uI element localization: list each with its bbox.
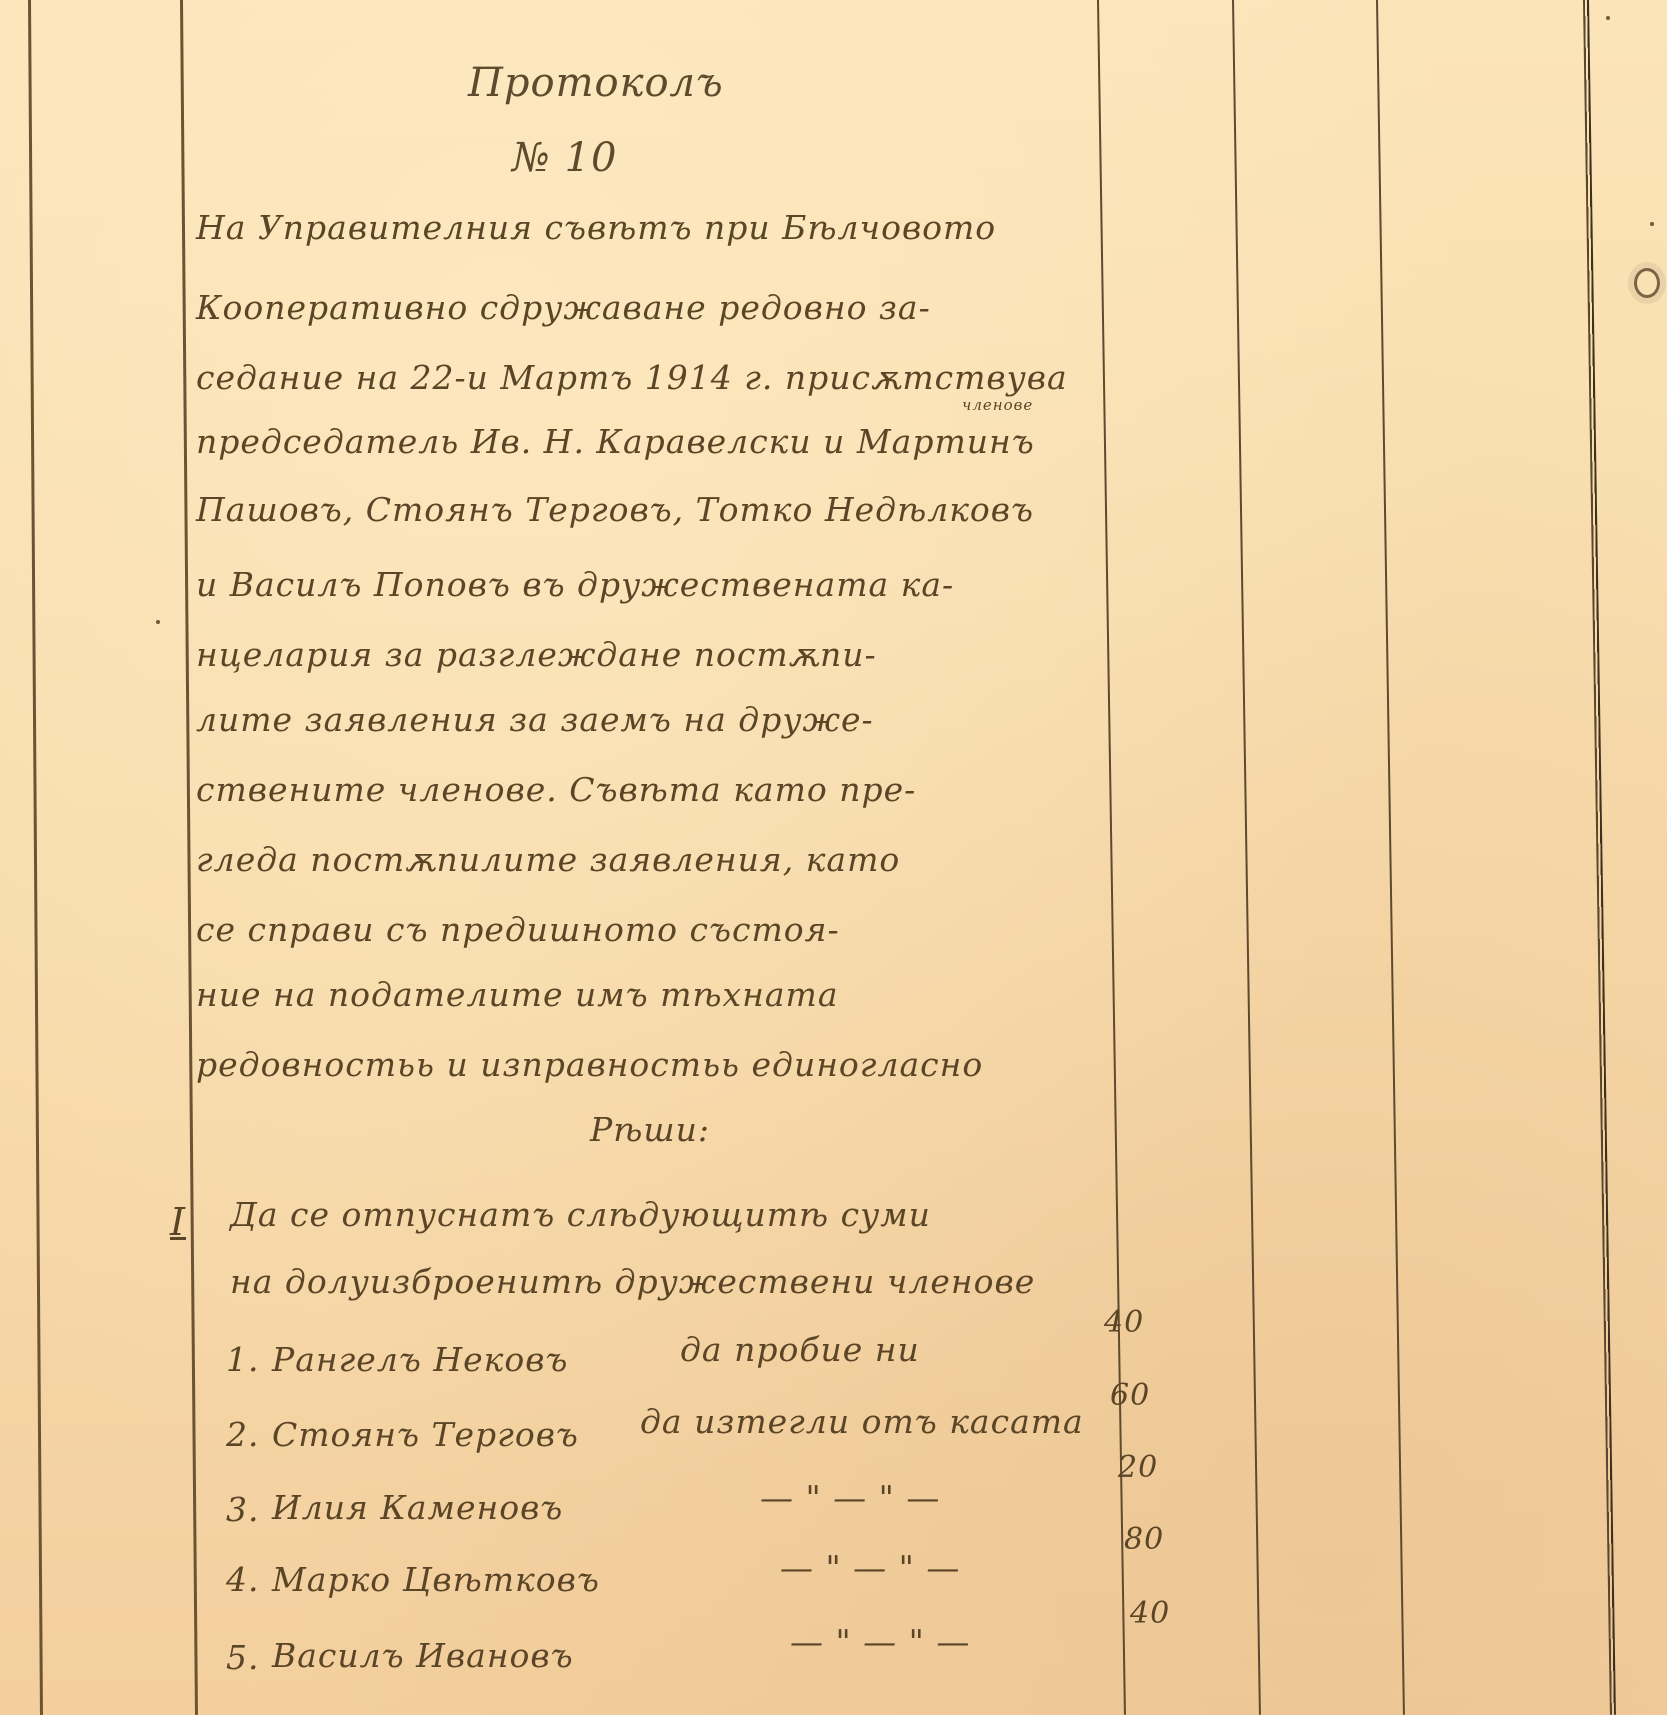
binding-hole-icon — [1634, 268, 1660, 298]
item-amount: 60 — [1110, 1378, 1150, 1413]
item-name: Василъ Ивановъ — [272, 1636, 574, 1675]
paper-speck — [1606, 16, 1610, 20]
body-line: гледа постѫпилите заявления, като — [196, 840, 900, 879]
body-line: ние на подателите имъ тѣхната — [196, 975, 839, 1014]
body-line: и Василъ Поповъ въ дружествената ка- — [196, 565, 954, 604]
resolution-line: на долуизброенитѣ дружествени членове — [230, 1262, 1035, 1301]
body-line: седание на 22-и Мартъ 1914 г. присѫтству… — [196, 358, 1068, 397]
body-line: редовностьь и изправностьь единогласно — [196, 1045, 983, 1084]
paper-speck — [1650, 222, 1654, 226]
item-index: 1. — [226, 1340, 260, 1379]
item-note: — " — " — — [760, 1478, 940, 1517]
item-amount: 80 — [1124, 1522, 1164, 1557]
item-amount: 20 — [1118, 1450, 1158, 1485]
item-note: — " — " — — [780, 1548, 960, 1587]
resolution-heading: Рѣши: — [590, 1110, 710, 1149]
item-index: 2. — [226, 1415, 260, 1454]
item-amount: 40 — [1104, 1305, 1144, 1340]
body-line: Кооперативно сдружаване редовно за- — [196, 288, 931, 327]
item-note: да изтегли отъ касата — [640, 1402, 1084, 1441]
item-amount: 40 — [1130, 1596, 1170, 1631]
body-line: ствените членове. Съвѣта като пре- — [196, 770, 916, 809]
body-line: се справи съ предишното състоя- — [196, 910, 840, 949]
resolution-marker: I — [170, 1200, 186, 1244]
superscript-note: членове — [962, 396, 1033, 414]
item-name: Стоянъ Терговъ — [272, 1415, 579, 1454]
item-name: Рангелъ Нековъ — [272, 1340, 568, 1379]
body-line: председатель Ив. Н. Каравелски и Мартинъ — [196, 422, 1035, 461]
body-line: На Управителния съвѣтъ при Бѣлчовото — [196, 208, 996, 247]
item-name: Марко Цвѣтковъ — [272, 1560, 600, 1599]
item-index: 3. — [226, 1490, 260, 1529]
resolution-line: Да се отпуснатъ слѣдующитѣ суми — [230, 1195, 931, 1234]
paper-speck — [156, 620, 160, 624]
item-name: Илия Каменовъ — [272, 1488, 563, 1527]
document-title: Протоколъ — [468, 60, 724, 106]
item-index: 4. — [226, 1560, 260, 1599]
item-note: — " — " — — [790, 1622, 970, 1661]
body-line: Пашовъ, Стоянъ Терговъ, Тотко Недѣлковъ — [196, 490, 1034, 529]
body-line: лите заявления за заемъ на друже- — [196, 700, 874, 739]
document-number: № 10 — [512, 135, 617, 181]
body-line: нцелария за разглеждане постѫпи- — [196, 635, 877, 674]
item-index: 5. — [226, 1638, 260, 1677]
item-note: да пробие ни — [680, 1330, 920, 1369]
